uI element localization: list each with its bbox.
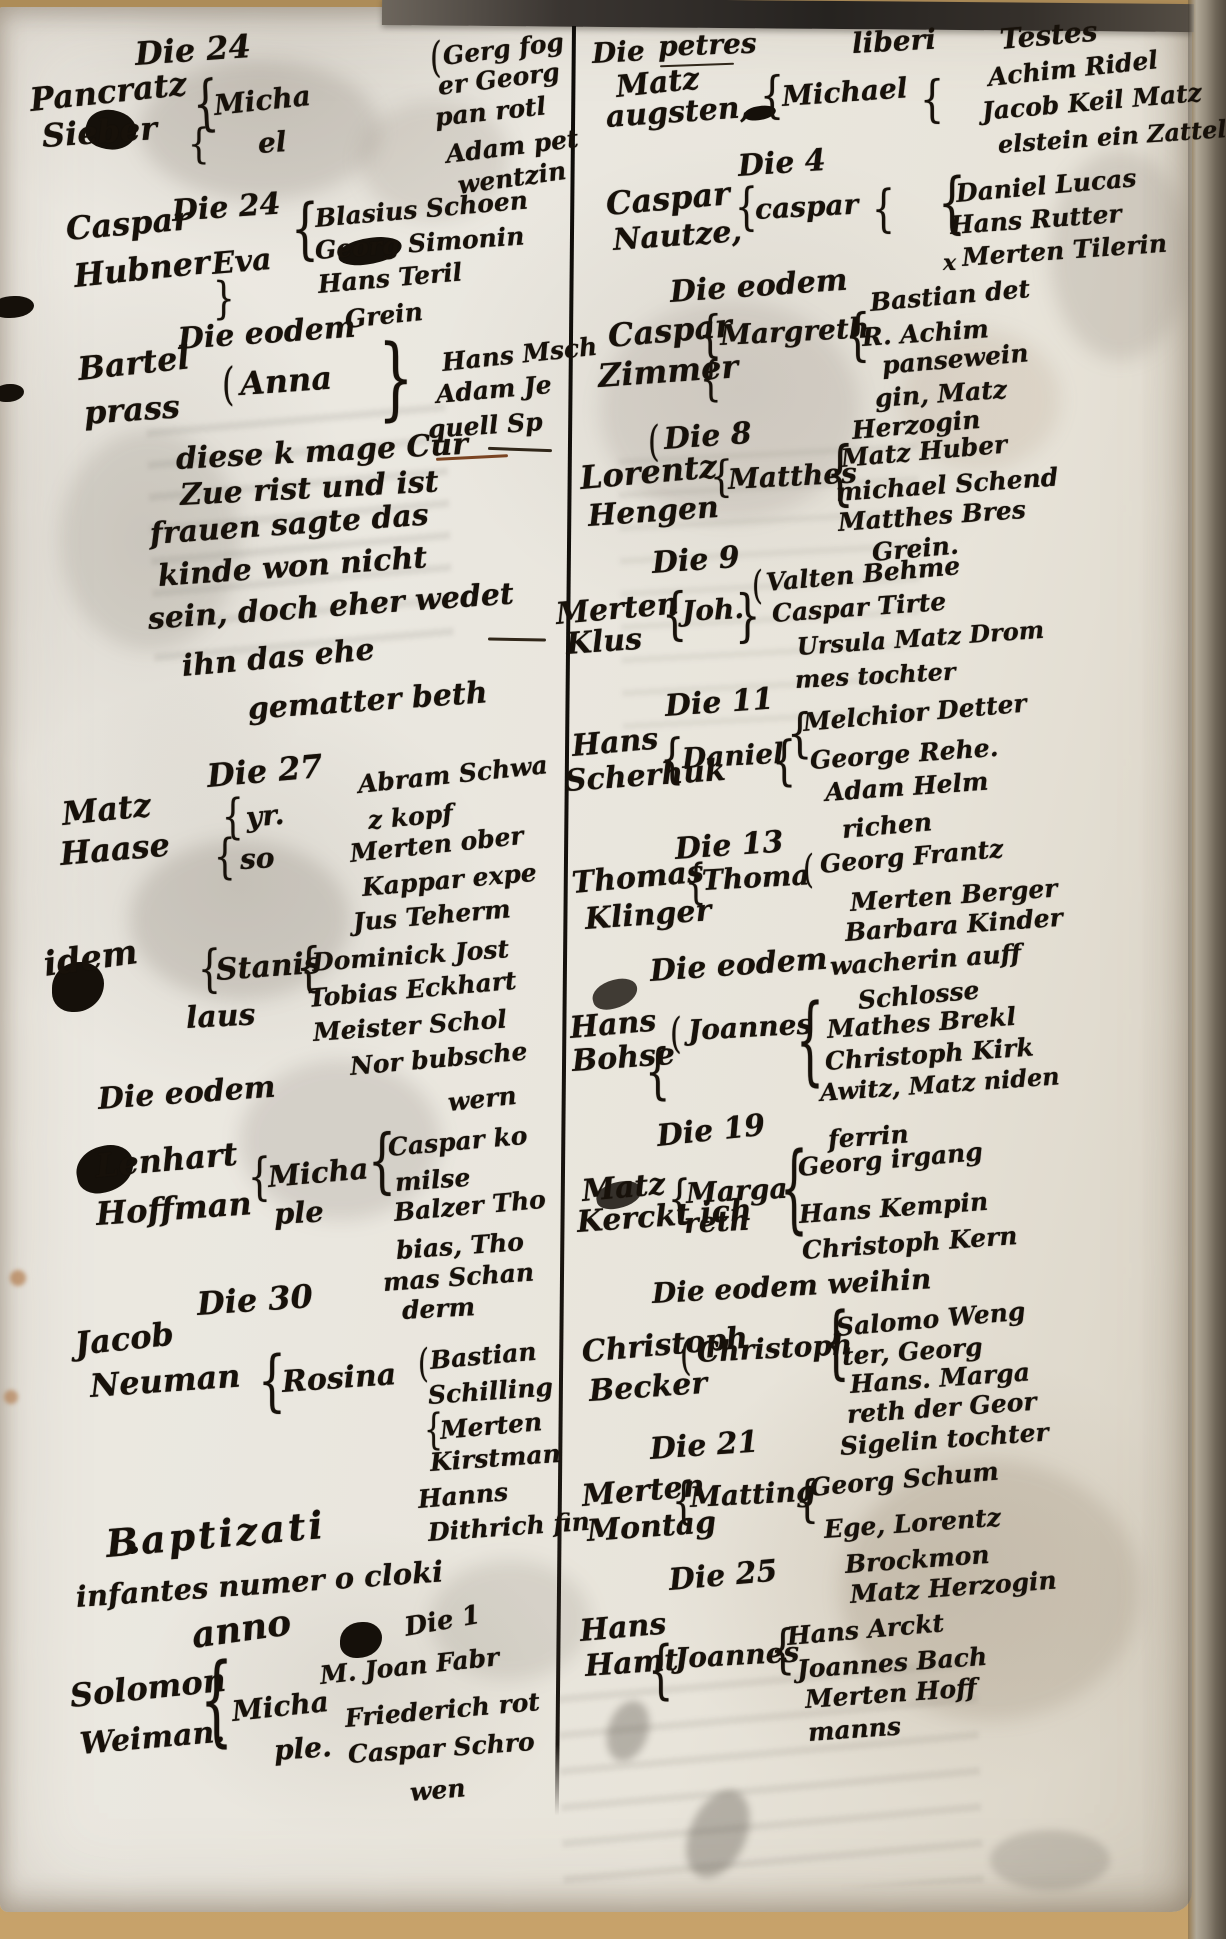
child-name: Micha xyxy=(267,1154,370,1192)
witness-name: wern xyxy=(447,1083,518,1115)
child-name: so xyxy=(239,844,275,874)
child-name: reth xyxy=(683,1207,750,1238)
witness-name: milse xyxy=(394,1165,471,1195)
brace-mark: { xyxy=(698,309,722,358)
date-heading: Die 21 xyxy=(649,1427,760,1465)
father-name: Hengen xyxy=(587,493,720,532)
child-name: el xyxy=(257,128,287,158)
father-name: Matz xyxy=(60,789,152,830)
witness-name: Hanns xyxy=(417,1479,509,1512)
father-name: Hoffman xyxy=(95,1187,253,1230)
date-heading: Die 11 xyxy=(664,684,775,722)
child-name: ple. xyxy=(273,1733,333,1765)
child-name: Thoma xyxy=(701,861,810,895)
witness-name: wen xyxy=(409,1775,467,1805)
brace-mark: } xyxy=(378,335,414,425)
brace-mark: { xyxy=(645,1042,670,1102)
brace-mark: { xyxy=(796,994,824,1091)
witness-name: richen xyxy=(841,809,933,842)
child-name: Joannes xyxy=(687,1011,813,1045)
witness-name: derm xyxy=(401,1294,475,1323)
child-name: yr. xyxy=(245,801,285,832)
column-header-patres: petres xyxy=(658,30,758,61)
column-header-die: Die xyxy=(591,37,645,68)
child-name: ple xyxy=(273,1197,324,1229)
child-name: Rosina xyxy=(281,1360,397,1398)
father-name: Hans xyxy=(571,725,660,762)
page-stack-edge xyxy=(1188,0,1226,1939)
father-name: Neuman xyxy=(89,1360,242,1402)
brace-mark: ( xyxy=(670,1014,682,1056)
brace-mark: { xyxy=(760,70,784,119)
child-name: Michael xyxy=(781,74,908,111)
brace-mark: { xyxy=(214,833,236,881)
child-name: Anna xyxy=(239,362,333,400)
witness-name: manns xyxy=(807,1714,902,1745)
brace-mark: ( xyxy=(680,1336,692,1378)
child-name: Daniel xyxy=(681,740,784,773)
brace-mark: ( xyxy=(418,1344,429,1383)
father-name: Sieber xyxy=(41,112,158,152)
date-heading: Die 9 xyxy=(651,543,741,579)
brace-mark: ( xyxy=(803,850,814,889)
brace-mark: { xyxy=(872,185,895,235)
father-name: Haase xyxy=(59,828,171,869)
father-name: Nautze, xyxy=(612,217,743,256)
brace-mark: { xyxy=(200,1652,233,1751)
brace-mark: { xyxy=(660,732,684,785)
rust-spot xyxy=(4,1390,18,1404)
column-header-liberi: liberi xyxy=(851,26,936,58)
child-name: laus xyxy=(185,1000,256,1034)
father-name: Montag xyxy=(586,1508,717,1547)
brace-mark: ( xyxy=(752,566,763,605)
brace-mark: { xyxy=(920,74,944,123)
rust-spot xyxy=(10,1270,26,1286)
date-heading: Die 27 xyxy=(206,750,324,792)
ink-smudge xyxy=(990,1830,1110,1890)
brace-mark: { xyxy=(188,125,210,166)
date-heading: Die 4 xyxy=(737,146,827,182)
date-heading: Die 24 xyxy=(134,30,252,70)
father-name: Caspar xyxy=(65,202,192,245)
child-name: Marga xyxy=(685,1175,788,1208)
cross-mark: x xyxy=(943,252,956,274)
father-name: Jacob xyxy=(73,1318,175,1360)
child-name: caspar xyxy=(754,191,859,224)
father-name: Caspar xyxy=(605,177,732,220)
brace-mark: ( xyxy=(222,362,234,407)
manuscript-photo: Die 24 Pancratz Sieber { Micha { el ( Ge… xyxy=(0,0,1226,1939)
witness-name: z kopf xyxy=(367,801,454,833)
date-heading: Die 30 xyxy=(196,1280,314,1320)
brace-mark: } xyxy=(213,277,235,321)
brace-mark: { xyxy=(648,1638,673,1702)
column-header-testes: Testes xyxy=(999,18,1099,54)
father-name: prass xyxy=(83,390,181,429)
father-name: Klus xyxy=(565,625,643,660)
